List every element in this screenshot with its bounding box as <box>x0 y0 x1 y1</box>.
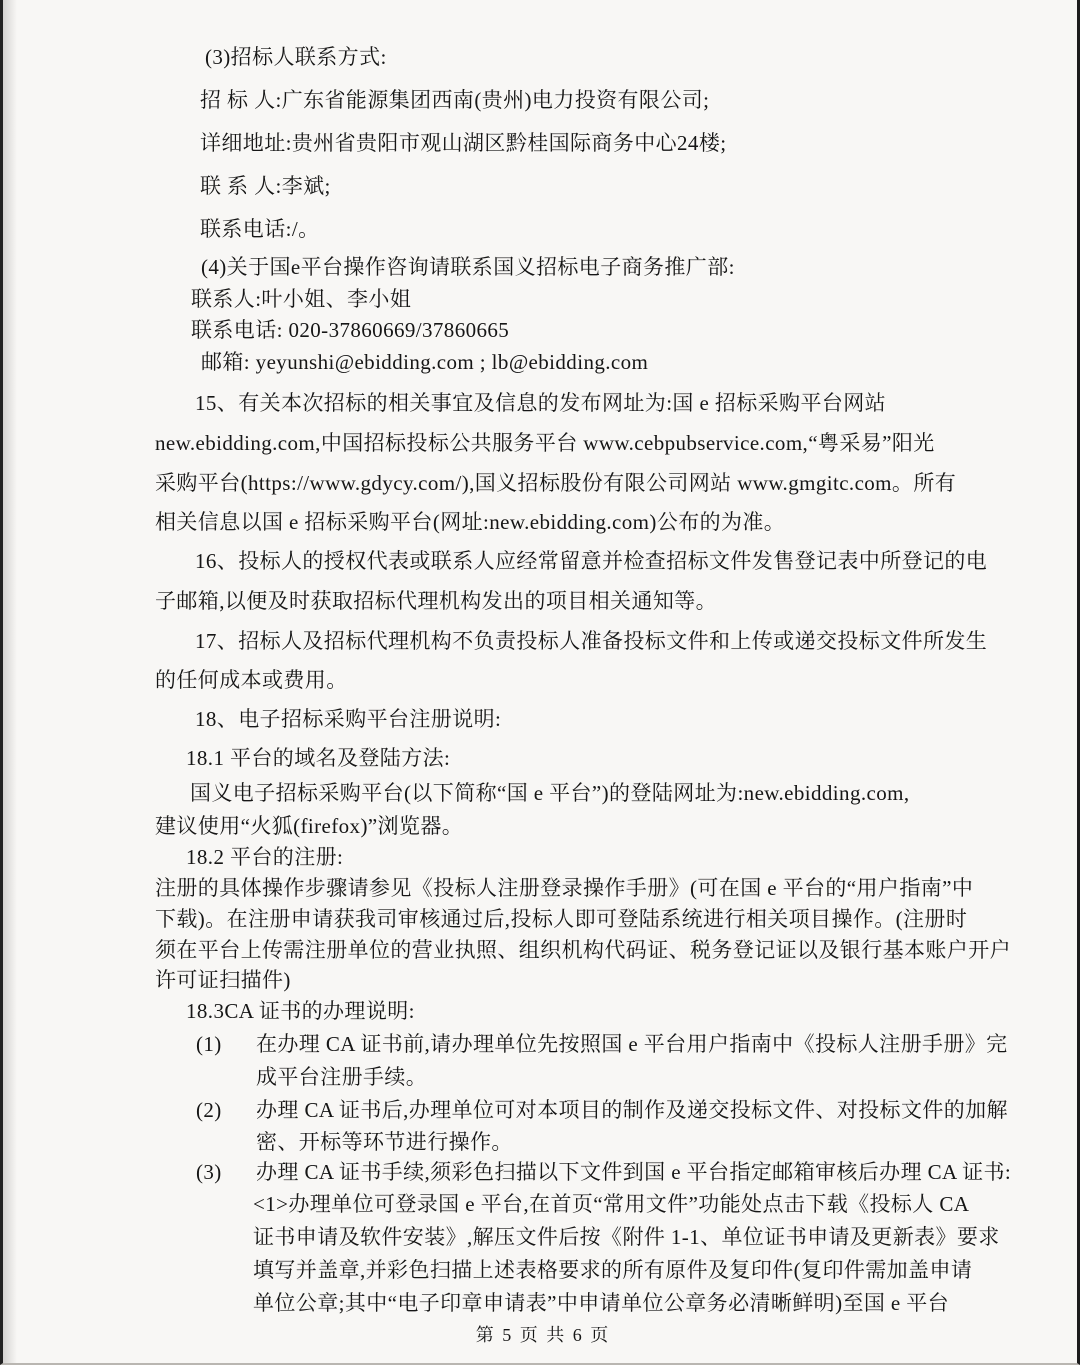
ca-item-1-line-2: 成平台注册手续。 <box>155 1061 931 1094</box>
contact-section-heading: (3)招标人联系方式: <box>155 36 931 79</box>
consult-email-line: 邮箱: yeyunshi@ebidding.com ; lb@ebidding.… <box>155 346 931 379</box>
para-17-line-1: 17、招标人及招标代理机构不负责投标人准备投标文件和上传或递交投标文件所发生 <box>155 621 931 661</box>
section-18-2-line-3: 须在平台上传需注册单位的营业执照、组织机构代码证、税务登记证以及银行基本账户开户 <box>155 935 931 965</box>
ca-item-3-text: 办理 CA 证书手续,须彩色扫描以下文件到国 e 平台指定邮箱审核后办理 CA … <box>256 1160 1011 1184</box>
section-18-3-heading: 18.3CA 证书的办理说明: <box>155 995 931 1027</box>
ca-item-1-text: 在办理 CA 证书前,请办理单位先按照国 e 平台用户指南中《投标人注册手册》完 <box>256 1032 1008 1056</box>
ca-item-2-line-2: 密、开标等环节进行操作。 <box>155 1127 931 1157</box>
ca-item-2-text: 办理 CA 证书后,办理单位可对本项目的制作及递交投标文件、对投标文件的加解 <box>256 1098 1008 1122</box>
section-18-1-line-1: 国义电子招标采购平台(以下简称“国 e 平台”)的登陆网址为:new.ebidd… <box>155 777 931 810</box>
section-18-2-heading: 18.2 平台的注册: <box>155 842 931 873</box>
list-marker-2: (2) <box>196 1094 256 1127</box>
ca-list-item-3: (3)办理 CA 证书手续,须彩色扫描以下文件到国 e 平台指定邮箱审核后办理 … <box>155 1157 931 1188</box>
para-17-line-2: 的任何成本或费用。 <box>155 661 931 699</box>
ca-item-3-sub-line-2: 证书申请及软件安装》,解压文件后按《附件 1-1、单位证书申请及更新表》要求 <box>155 1221 931 1254</box>
tenderer-line: 招 标 人:广东省能源集团西南(贵州)电力投资有限公司; <box>155 79 931 122</box>
consult-contact-line: 联系人:叶小姐、李小姐 <box>155 284 931 315</box>
contact-phone-line: 联系电话:/。 <box>155 208 931 251</box>
address-line: 详细地址:贵州省贵阳市观山湖区黔桂国际商务中心24楼; <box>155 122 931 165</box>
page-number: 第 5 页 共 6 页 <box>155 1320 931 1350</box>
para-16-line-1: 16、投标人的授权代表或联系人应经常留意并检查招标文件发售登记表中所登记的电 <box>155 541 931 581</box>
section-18-1-line-2: 建议使用“火狐(firefox)”浏览器。 <box>155 810 931 842</box>
ca-list-item-2: (2)办理 CA 证书后,办理单位可对本项目的制作及递交投标文件、对投标文件的加… <box>155 1094 931 1127</box>
ca-item-3-sub-line-3: 填写并盖章,并彩色扫描上述表格要求的所有原件及复印件(复印件需加盖申请 <box>155 1254 931 1287</box>
para-15-line-2: new.ebidding.com,中国招标投标公共服务平台 www.cebpub… <box>155 423 931 463</box>
ca-item-3-sub-line-4: 单位公章;其中“电子印章申请表”中申请单位公章务必清晰鲜明)至国 e 平台 <box>155 1287 931 1320</box>
document-page: (3)招标人联系方式: 招 标 人:广东省能源集团西南(贵州)电力投资有限公司;… <box>0 0 1080 1365</box>
para-15-line-4: 相关信息以国 e 招标采购平台(网址:new.ebidding.com)公布的为… <box>155 503 931 541</box>
platform-consult-heading: (4)关于国e平台操作咨询请联系国义招标电子商务推广部: <box>155 251 931 284</box>
ca-list-item-1: (1)在办理 CA 证书前,请办理单位先按照国 e 平台用户指南中《投标人注册手… <box>155 1027 931 1061</box>
consult-phone-line: 联系电话: 020-37860669/37860665 <box>155 315 931 346</box>
para-15-line-1: 15、有关本次招标的相关事宜及信息的发布网址为:国 e 招标采购平台网站 <box>155 383 931 423</box>
section-18-2-line-4: 许可证扫描件) <box>155 965 931 995</box>
section-18-2-line-1: 注册的具体操作步骤请参见《投标人注册登录操作手册》(可在国 e 平台的“用户指南… <box>155 873 931 904</box>
contact-person-line: 联 系 人:李斌; <box>155 165 931 208</box>
para-15-line-3: 采购平台(https://www.gdycy.com/),国义招标股份有限公司网… <box>155 463 931 503</box>
section-18-heading: 18、电子招标采购平台注册说明: <box>155 699 931 739</box>
section-18-1-heading: 18.1 平台的域名及登陆方法: <box>155 739 931 777</box>
para-16-line-2: 子邮箱,以便及时获取招标代理机构发出的项目相关通知等。 <box>155 581 931 621</box>
ca-item-3-sub-line-1: <1>办理单位可登录国 e 平台,在首页“常用文件”功能处点击下载《投标人 CA <box>155 1188 931 1221</box>
list-marker-3: (3) <box>196 1157 256 1188</box>
section-18-2-line-2: 下载)。在注册申请获我司审核通过后,投标人即可登陆系统进行相关项目操作。(注册时 <box>155 904 931 935</box>
list-marker-1: (1) <box>196 1027 256 1061</box>
